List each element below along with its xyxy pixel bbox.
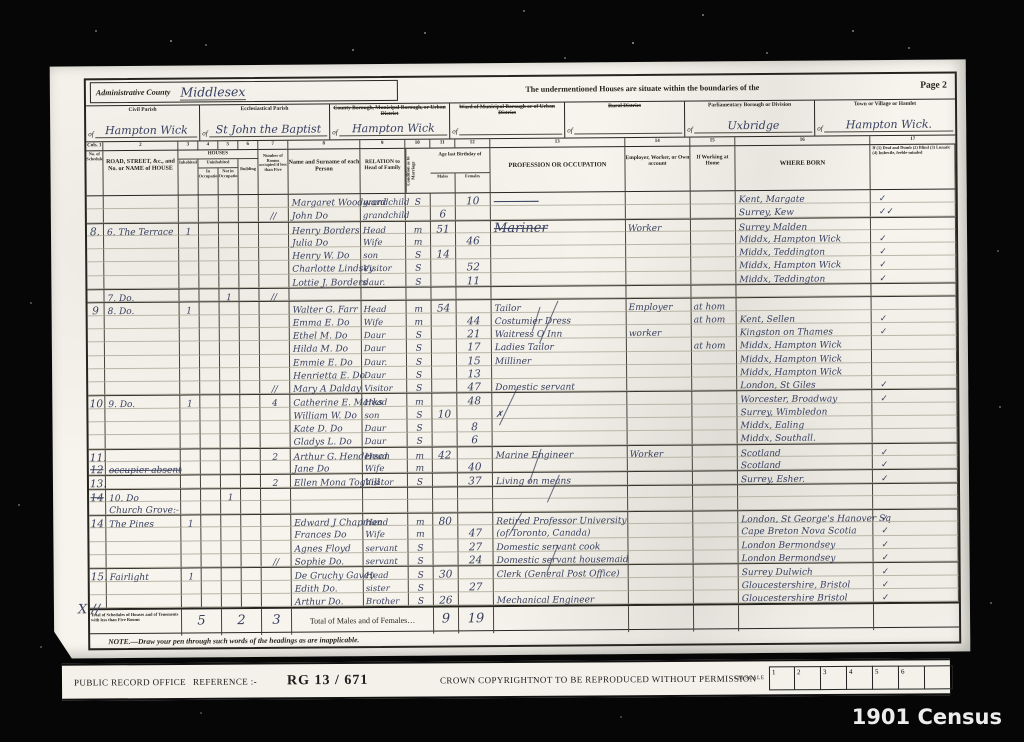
cell-sched (87, 276, 104, 289)
cell-prof (491, 232, 626, 246)
copyright-label: CROWN COPYRIGHT (440, 674, 533, 685)
cell-sched (88, 329, 105, 342)
handwritten-entry: Arthur Do. (295, 597, 344, 607)
cell-employer (627, 404, 692, 418)
cell-inhab (181, 488, 201, 501)
header-building: Building (238, 159, 258, 194)
cell-name: Henry Borders (289, 221, 361, 235)
cell-sched (90, 582, 107, 595)
cell-road (106, 528, 181, 542)
cell-cond: m (406, 220, 431, 233)
handwritten-entry: 13 (467, 368, 480, 380)
of-label: of (202, 129, 208, 137)
cell-age_f (459, 565, 494, 579)
cell-born: Middx, Ealing (737, 416, 872, 430)
handwritten-entry: 47 (469, 528, 482, 540)
header-road: ROAD, STREET, &c., and No. or NAME of HO… (103, 151, 178, 196)
cell-uninh_not (220, 355, 240, 368)
cell-uninh_not (220, 368, 240, 381)
cell-uninh_occ (200, 342, 220, 355)
ruler-tick: 2 (795, 666, 821, 690)
cell-relation: grandchild (361, 194, 406, 208)
cell-relation: son (362, 407, 407, 421)
cell-age_m: 51 (431, 220, 456, 233)
cell-building (239, 195, 259, 208)
handwritten-entry: 47 (467, 381, 480, 393)
cell-age_f (458, 446, 493, 460)
cell-road: Church Grove:- (106, 501, 181, 515)
cell-name: Gladys L. Do (291, 434, 363, 448)
cell-sched (88, 369, 105, 382)
cell-infirm: ✓ (874, 548, 959, 562)
cell-rooms (260, 407, 290, 421)
cell-building (241, 448, 261, 461)
cell-inhab (179, 209, 199, 222)
cell-building (241, 487, 261, 500)
cell-sched: 8. (87, 223, 104, 236)
scan-scene: Administrative County Middlesex The unde… (0, 0, 1024, 742)
totals-females: 19 (459, 607, 494, 633)
cell-born (737, 297, 872, 311)
cell-uninh_not (222, 594, 242, 607)
cell-inhab (180, 421, 200, 434)
cell-prof (493, 458, 628, 472)
cell-age_f (456, 286, 491, 300)
cell-employer (628, 511, 693, 525)
ruler-tick: 1 (769, 666, 795, 690)
cell-sched: 14 (89, 515, 106, 528)
district-section: Parliamentary Borough or DivisionofUxbri… (685, 101, 815, 137)
cell-uninh_not (221, 474, 241, 487)
cell-age_f (456, 246, 491, 260)
cell-building (239, 235, 259, 248)
cell-uninh_not: 1 (221, 488, 241, 501)
cell-employer (626, 231, 691, 245)
cell-building (240, 421, 260, 434)
cell-rooms (260, 328, 290, 342)
cell-prof: Domestic servant (492, 378, 627, 392)
cell-inhab (181, 501, 201, 514)
column-number: Cols. 1 (86, 142, 103, 150)
cell-prof (491, 285, 626, 299)
cell-employer (628, 497, 693, 511)
cell-road (107, 581, 182, 595)
cell-relation: Daur (362, 327, 407, 341)
cell-born: Surrey Malden (736, 217, 871, 231)
pro-office-label: PUBLIC RECORD OFFICE (74, 676, 186, 687)
district-label: Ward of Municipal Borough or of Urban Di… (452, 104, 562, 119)
cell-inhab (180, 408, 200, 421)
cell-uninh_occ (201, 488, 221, 501)
cell-born: Surrey Dulwich (739, 562, 874, 576)
cell-prof: Mariner (491, 219, 626, 233)
cell-cond: m (408, 460, 433, 473)
column-number: 4 (198, 141, 218, 149)
cell-at_home (693, 484, 738, 498)
cell-at_home (691, 258, 736, 272)
cell-uninh_occ (200, 302, 220, 315)
cell-building (239, 275, 259, 288)
cell-name (291, 500, 363, 514)
cell-born: Surrey, Kew (736, 203, 871, 217)
cell-at_home (693, 470, 738, 484)
cell-at_home: at hom (692, 337, 737, 351)
cell-employer: worker (627, 325, 692, 339)
cell-building (239, 288, 259, 301)
cell-employer (626, 192, 691, 206)
cell-infirm: ✓ (871, 243, 956, 257)
cell-cond (408, 486, 433, 499)
torn-corner (52, 628, 74, 662)
cell-cond: S (407, 406, 432, 419)
cell-prof: Tailor (492, 298, 627, 312)
cell-uninh_occ (201, 475, 221, 488)
cell-inhab (180, 342, 200, 355)
cell-name: Ellen Mona Toghill (291, 473, 363, 487)
cell-road (105, 329, 180, 343)
cell-age_f (458, 499, 493, 513)
handwritten-entry: 15 (467, 355, 480, 367)
cell-age_m (432, 340, 457, 353)
cell-age_f: 6 (458, 432, 493, 446)
header-rooms: Number of Rooms occupied if less than Fi… (258, 150, 288, 194)
cell-uninh_not (221, 448, 241, 461)
cell-rooms: 2 (261, 474, 291, 488)
cell-infirm (872, 349, 957, 363)
cell-building (241, 501, 261, 514)
column-number: 10 (405, 140, 430, 148)
cell-uninh_not (221, 541, 241, 554)
cell-relation: servant (364, 553, 409, 567)
cell-relation: Visitor (362, 380, 407, 394)
cell-prof (491, 205, 626, 219)
cell-relation: Head (363, 513, 408, 527)
of-label: of (332, 128, 338, 136)
cell-uninh_not (220, 328, 240, 341)
cell-road: The Pines (106, 515, 181, 529)
cell-name: Ethel M. Do (290, 327, 362, 341)
cell-infirm (873, 495, 958, 509)
cell-sched (89, 529, 106, 542)
header-age-group: Age last Birthday of (430, 148, 490, 173)
totals-empty-cell (739, 604, 874, 631)
admin-county-value: Middlesex (180, 84, 245, 101)
cell-sched (90, 555, 107, 568)
district-label: Rural District (567, 103, 682, 118)
cell-born: London Bermondsey (738, 536, 873, 550)
cell-relation: daur. (361, 274, 406, 288)
cell-at_home (693, 510, 738, 524)
cell-relation: Wife (363, 460, 408, 474)
cell-age_m: 6 (431, 207, 456, 220)
cell-born: Surrey, Esher. (738, 469, 873, 483)
handwritten-entry: 40 (468, 461, 481, 473)
cell-uninh_not: 1 (219, 288, 239, 301)
cell-uninh_occ (199, 235, 219, 248)
cell-inhab (181, 435, 201, 448)
ruler-tick: 6 (899, 665, 925, 689)
cell-born: Scotland (738, 456, 873, 470)
cell-born: Middx, Teddington (736, 243, 871, 257)
cell-infirm: ✓ (872, 389, 957, 403)
cell-building (242, 567, 262, 580)
cell-road: 10. Do (106, 488, 181, 502)
handwritten-entry: 6 (439, 209, 446, 221)
cell-name: Walter G. Farr (290, 301, 362, 315)
cell-inhab (179, 195, 199, 208)
cell-sched: 15. (90, 568, 107, 581)
cell-cond: S (408, 473, 433, 486)
cell-inhab (181, 528, 201, 541)
header-uninhabited-group: Uninhabited (198, 159, 238, 168)
cell-age_f: 52 (456, 260, 491, 274)
cell-age_m (434, 552, 459, 565)
district-section: County Borough, Municipal Borough, or Ur… (330, 103, 450, 139)
handwritten-entry: 8 (471, 421, 478, 433)
cell-name: Arthur Do. (292, 593, 364, 607)
totals-empty-cell (494, 606, 629, 633)
cell-age_m (432, 380, 457, 393)
cell-uninh_not (221, 514, 241, 527)
cell-born: Kent, Margate (736, 190, 871, 204)
cell-employer (629, 577, 694, 591)
margin-mark: X // (78, 602, 100, 617)
cell-born: Scotland (738, 443, 873, 457)
cell-building (240, 381, 260, 394)
cell-born (738, 496, 873, 510)
cell-name: Hilda M. Do (290, 340, 362, 354)
cell-cond: m (407, 300, 432, 313)
admin-county-box: Administrative County Middlesex (90, 80, 398, 103)
cell-relation: sister (364, 579, 409, 593)
cell-name: Agnes Floyd (291, 540, 363, 554)
cell-uninh_occ (201, 435, 221, 448)
cell-rooms: 4 (260, 394, 290, 408)
cell-uninh_not (221, 461, 241, 474)
district-value (575, 133, 683, 135)
totals-left-label: Total of Schedules of Houses and of Tene… (90, 610, 182, 637)
cell-born: London Bermondsey (739, 549, 874, 563)
cell-rooms (260, 421, 290, 435)
cell-rooms: // (259, 288, 289, 302)
cell-employer (629, 590, 694, 604)
cell-rooms (262, 567, 292, 581)
district-value: Hampton Wick. (825, 119, 954, 133)
cell-name: Lottie J. Borders (289, 274, 361, 288)
cell-relation (363, 500, 408, 514)
cell-building (241, 514, 261, 527)
cell-road (106, 435, 181, 449)
column-number: 7 (258, 141, 288, 149)
cell-cond: S (407, 380, 432, 393)
cell-employer (626, 245, 691, 259)
cell-employer (627, 378, 692, 392)
header-at-home: If Working at Home (690, 146, 735, 190)
cell-relation: Visitor (363, 473, 408, 487)
cell-infirm (872, 336, 957, 350)
cell-at_home: at hom (692, 298, 737, 312)
cell-infirm (871, 216, 956, 230)
ruler-tick: 3 (821, 665, 847, 689)
cell-uninh_occ (200, 315, 220, 328)
cell-road (107, 594, 182, 608)
cell-sched (88, 316, 105, 329)
cell-uninh_occ (200, 368, 220, 381)
cell-inhab: 1 (180, 302, 200, 315)
cell-cond (408, 499, 433, 512)
cell-road (106, 448, 181, 462)
cell-infirm: ✓ (873, 442, 958, 456)
totals-empty-cell (874, 604, 959, 631)
cell-sched (89, 436, 106, 449)
cell-uninh_not (220, 408, 240, 421)
cell-age_f: 40 (458, 459, 493, 473)
cell-name: John Do (289, 207, 361, 221)
cell-uninh_occ (202, 594, 222, 607)
handwritten-entry: 10 (438, 408, 451, 420)
cell-name: Arthur G. Henderson (291, 447, 363, 461)
cell-rooms: 2 (261, 447, 291, 461)
cell-uninh_not (219, 235, 239, 248)
district-label: Town or Village or Hamlet (817, 101, 953, 116)
cell-uninh_not (221, 501, 241, 514)
column-number: 17 (870, 135, 955, 144)
cell-uninh_occ (200, 395, 220, 408)
cell-born: London, St Giles (737, 376, 872, 390)
ruler-tick: 4 (847, 665, 873, 689)
cell-age_m: 14 (431, 247, 456, 260)
cell-born: Middx, Hampton Wick (737, 336, 872, 350)
cell-age_m: 80 (433, 513, 458, 526)
cell-road (104, 249, 179, 263)
cell-infirm: ✓ (874, 588, 959, 602)
reference-label: REFERENCE :- (193, 676, 257, 686)
cell-name: Emmie E. Do (290, 354, 362, 368)
cell-cond: S (409, 593, 434, 606)
column-number: 16 (735, 136, 870, 145)
cell-employer (628, 471, 693, 485)
cell-at_home (694, 564, 739, 578)
cell-infirm (872, 362, 957, 376)
totals-males: 9 (434, 608, 459, 634)
cell-name: De Gruchy Gavey (292, 566, 364, 580)
cell-uninh_occ (201, 514, 221, 527)
cell-uninh_occ (199, 195, 219, 208)
cell-uninh_occ (199, 222, 219, 235)
cell-at_home (691, 205, 736, 219)
cell-prof: Ladies Tailor (492, 338, 627, 352)
cell-prof: ————— (491, 192, 626, 206)
cell-cond (406, 207, 431, 220)
cell-age_m: 54 (432, 300, 457, 313)
cell-building (241, 434, 261, 447)
handwritten-entry: 27 (469, 541, 482, 553)
header-employer: Employer, Worker, or Own account (625, 147, 690, 192)
cell-sched: 13. (89, 475, 106, 488)
handwritten-entry: 17 (467, 341, 480, 353)
cell-cond: S (407, 327, 432, 340)
cell-born: Gloucestershire Bristol (739, 589, 874, 603)
cell-sched (88, 422, 105, 435)
cell-at_home (693, 444, 738, 458)
cell-age_m: 30 (434, 566, 459, 579)
cell-born: Kingston on Thames (737, 323, 872, 337)
handwritten-entry: 27 (469, 581, 482, 593)
cell-name: William W. Do (290, 407, 362, 421)
cell-relation: Daur (362, 420, 407, 434)
cell-prof: Clerk (General Post Office) (494, 564, 629, 578)
district-value: St John the Baptist (210, 123, 328, 137)
cell-employer (627, 351, 692, 365)
cell-age_f (456, 220, 491, 234)
cell-at_home (693, 497, 738, 511)
cell-born: Middx, Hampton Wick (736, 257, 871, 271)
header-profession: PROFESSION OR OCCUPATION (490, 147, 625, 192)
totals-empty-cell (694, 605, 739, 631)
header-relation: RELATION to Head of Family (360, 149, 405, 193)
cell-uninh_not (220, 301, 240, 314)
cell-age_m (433, 499, 458, 512)
district-value: Hampton Wick (340, 122, 448, 136)
cell-relation (363, 486, 408, 500)
of-label: of (88, 130, 94, 138)
cell-at_home (693, 431, 738, 445)
cell-employer (626, 258, 691, 272)
cell-at_home (693, 537, 738, 551)
cell-sched (87, 249, 104, 262)
cell-age_m (434, 579, 459, 592)
cell-prof: Domestic servant cook (493, 538, 628, 552)
column-number: 9 (360, 140, 405, 148)
cell-road: Fairlight (107, 568, 182, 582)
cell-infirm: ✓ (873, 509, 958, 523)
cell-at_home (693, 457, 738, 471)
district-label: Civil Parish (88, 106, 197, 121)
of-label: of (687, 126, 693, 134)
cell-age_m (431, 260, 456, 273)
cell-road (105, 368, 180, 382)
cell-sched (87, 209, 104, 222)
cell-building (240, 368, 260, 381)
cell-age_m (431, 286, 456, 299)
cell-building (241, 541, 261, 554)
cell-building (242, 594, 262, 607)
cell-at_home (691, 218, 736, 232)
cell-age_f (457, 300, 492, 314)
cell-prof (491, 272, 626, 286)
column-number: 5 (218, 141, 238, 149)
cell-age_f (458, 512, 493, 526)
cell-at_home (694, 590, 739, 604)
cell-inhab (181, 461, 201, 474)
cell-at_home (691, 231, 736, 245)
cell-cond: m (407, 393, 432, 406)
cell-rooms (261, 461, 291, 475)
cell-road (105, 408, 180, 422)
cell-road (106, 541, 181, 555)
cell-road: occupier absent (106, 462, 181, 476)
cell-road (106, 475, 181, 489)
cell-at_home (691, 244, 736, 258)
cell-age_f: 46 (456, 233, 491, 247)
cell-name: Henrietta E. Do (290, 367, 362, 381)
cell-relation: Wife (363, 526, 408, 540)
cell-rooms (261, 514, 291, 528)
cell-sched (88, 409, 105, 422)
district-value: Uxbridge (695, 120, 813, 134)
cell-road (104, 262, 179, 276)
cell-prof: Waitress O Inn (492, 325, 627, 339)
